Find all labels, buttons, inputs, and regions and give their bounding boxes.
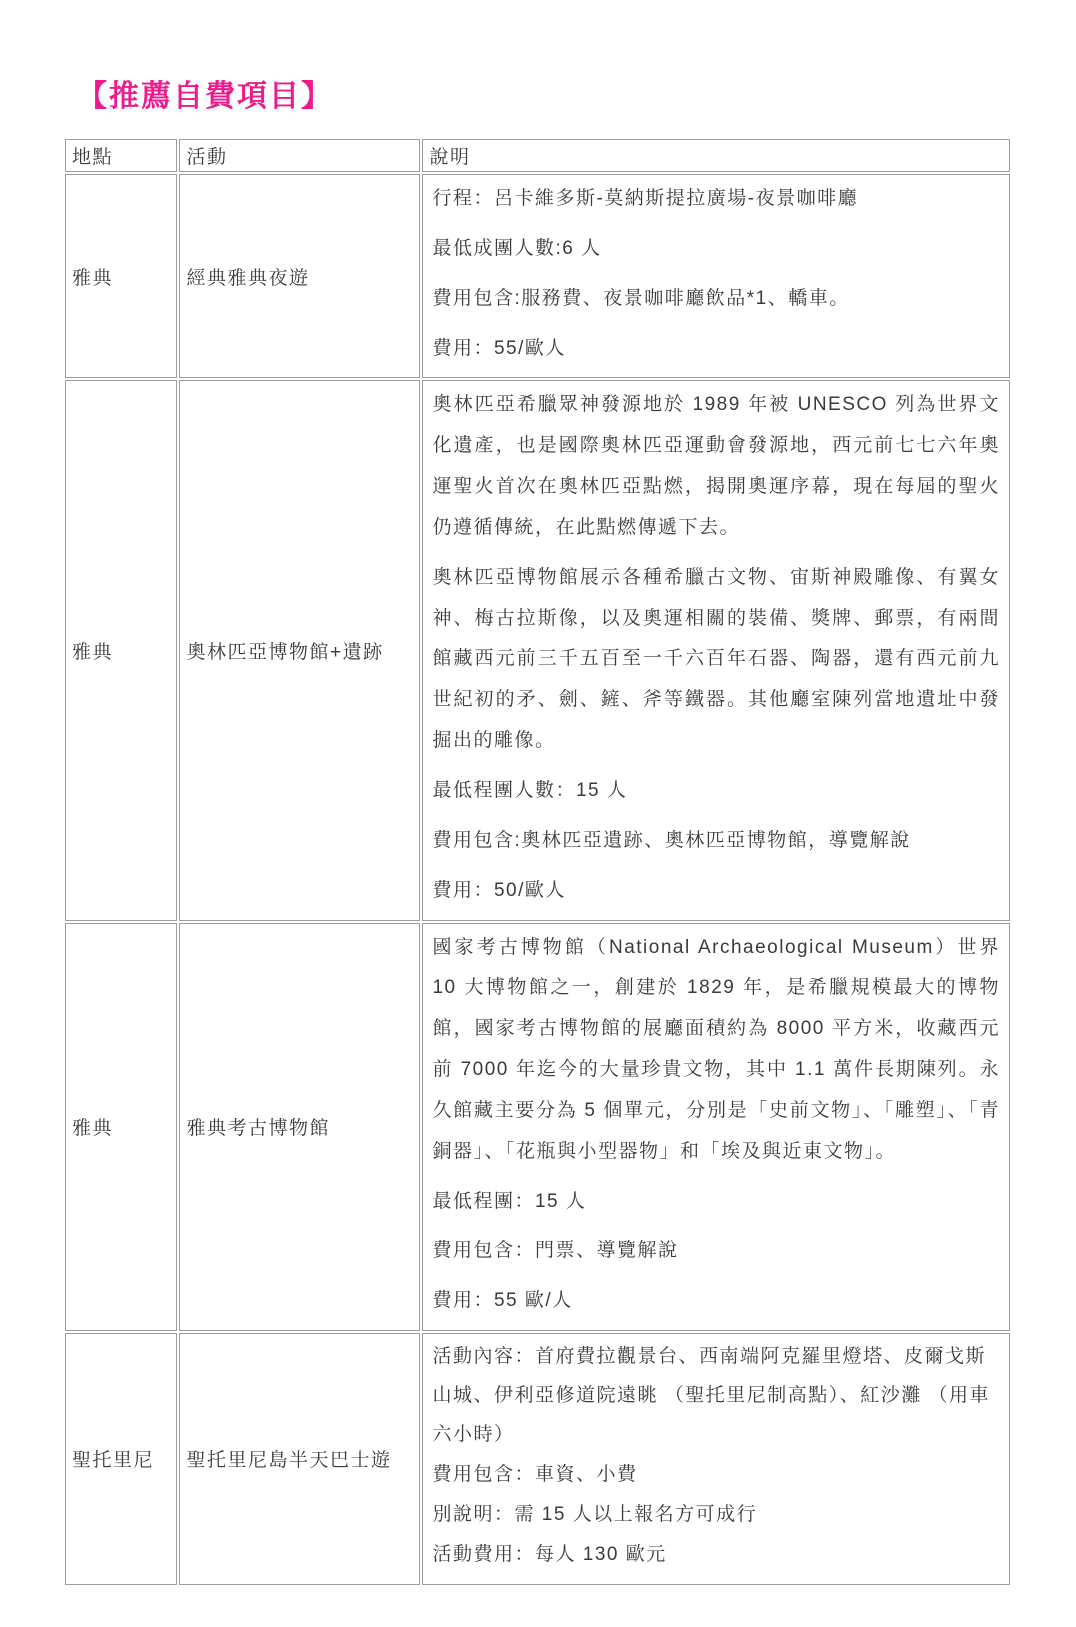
description-paragraph: 國家考古博物館（National Archaeological Museum）世…: [432, 928, 1000, 1173]
description-paragraph: 費用包含:奧林匹亞遺跡、奧林匹亞博物館，導覽解說: [432, 821, 1000, 862]
description-cell: 活動內容：首府費拉觀景台、西南端阿克羅里燈塔、皮爾戈斯山城、伊利亞修道院遠眺 （…: [422, 1333, 1010, 1585]
description-paragraph: 最低成團人數:6 人: [432, 229, 1000, 270]
description-paragraph: 奧林匹亞希臘眾神發源地於 1989 年被 UNESCO 列為世界文化遺產，也是國…: [432, 385, 1000, 548]
page-title: 【推薦自費項目】: [77, 80, 1013, 113]
document-page: 【推薦自費項目】 地點 活動 說明 雅典經典雅典夜遊行程：呂卡維多斯-莫納斯提拉…: [0, 0, 1076, 1627]
activity-cell: 雅典考古博物館: [179, 923, 420, 1332]
description-paragraph: 費用包含:服務費、夜景咖啡廳飲品*1、轎車。: [432, 279, 1000, 320]
self-paid-items-table: 地點 活動 說明 雅典經典雅典夜遊行程：呂卡維多斯-莫納斯提拉廣場-夜景咖啡廳最…: [63, 137, 1012, 1587]
description-paragraph: 費用：55 歐/人: [432, 1281, 1000, 1322]
description-paragraph: 費用：55/歐人: [432, 329, 1000, 370]
description-paragraph: 費用包含：車資、小費: [432, 1456, 1000, 1495]
description-paragraph: 費用包含：門票、導覽解說: [432, 1231, 1000, 1272]
description-paragraph: 最低程團：15 人: [432, 1182, 1000, 1223]
description-paragraph: 費用：50/歐人: [432, 871, 1000, 912]
description-cell: 奧林匹亞希臘眾神發源地於 1989 年被 UNESCO 列為世界文化遺產，也是國…: [422, 380, 1010, 920]
table-row: 雅典奧林匹亞博物館+遺跡奧林匹亞希臘眾神發源地於 1989 年被 UNESCO …: [65, 380, 1010, 920]
location-cell: 雅典: [65, 380, 177, 920]
location-cell: 雅典: [65, 923, 177, 1332]
header-row: 地點 活動 說明: [65, 139, 1010, 172]
description-paragraph: 活動費用：每人 130 歐元: [432, 1536, 1000, 1575]
table-body: 雅典經典雅典夜遊行程：呂卡維多斯-莫納斯提拉廣場-夜景咖啡廳最低成團人數:6 人…: [65, 174, 1010, 1585]
description-paragraph: 活動內容：首府費拉觀景台、西南端阿克羅里燈塔、皮爾戈斯山城、伊利亞修道院遠眺 （…: [432, 1338, 1000, 1455]
description-cell: 行程：呂卡維多斯-莫納斯提拉廣場-夜景咖啡廳最低成團人數:6 人費用包含:服務費…: [422, 174, 1010, 378]
activity-cell: 聖托里尼島半天巴士遊: [179, 1333, 420, 1585]
description-paragraph: 最低程團人數：15 人: [432, 771, 1000, 812]
location-cell: 雅典: [65, 174, 177, 378]
column-header-location: 地點: [65, 139, 177, 172]
description-cell: 國家考古博物館（National Archaeological Museum）世…: [422, 923, 1010, 1332]
activity-cell: 經典雅典夜遊: [179, 174, 420, 378]
table-row: 雅典雅典考古博物館國家考古博物館（National Archaeological…: [65, 923, 1010, 1332]
column-header-activity: 活動: [179, 139, 420, 172]
description-paragraph: 奧林匹亞博物館展示各種希臘古文物、宙斯神殿雕像、有翼女神、梅古拉斯像，以及奧運相…: [432, 558, 1000, 762]
activity-cell: 奧林匹亞博物館+遺跡: [179, 380, 420, 920]
location-cell: 聖托里尼: [65, 1333, 177, 1585]
column-header-description: 說明: [422, 139, 1010, 172]
table-row: 雅典經典雅典夜遊行程：呂卡維多斯-莫納斯提拉廣場-夜景咖啡廳最低成團人數:6 人…: [65, 174, 1010, 378]
description-paragraph: 行程：呂卡維多斯-莫納斯提拉廣場-夜景咖啡廳: [432, 179, 1000, 220]
description-paragraph: 別說明：需 15 人以上報名方可成行: [432, 1496, 1000, 1535]
table-row: 聖托里尼聖托里尼島半天巴士遊活動內容：首府費拉觀景台、西南端阿克羅里燈塔、皮爾戈…: [65, 1333, 1010, 1585]
